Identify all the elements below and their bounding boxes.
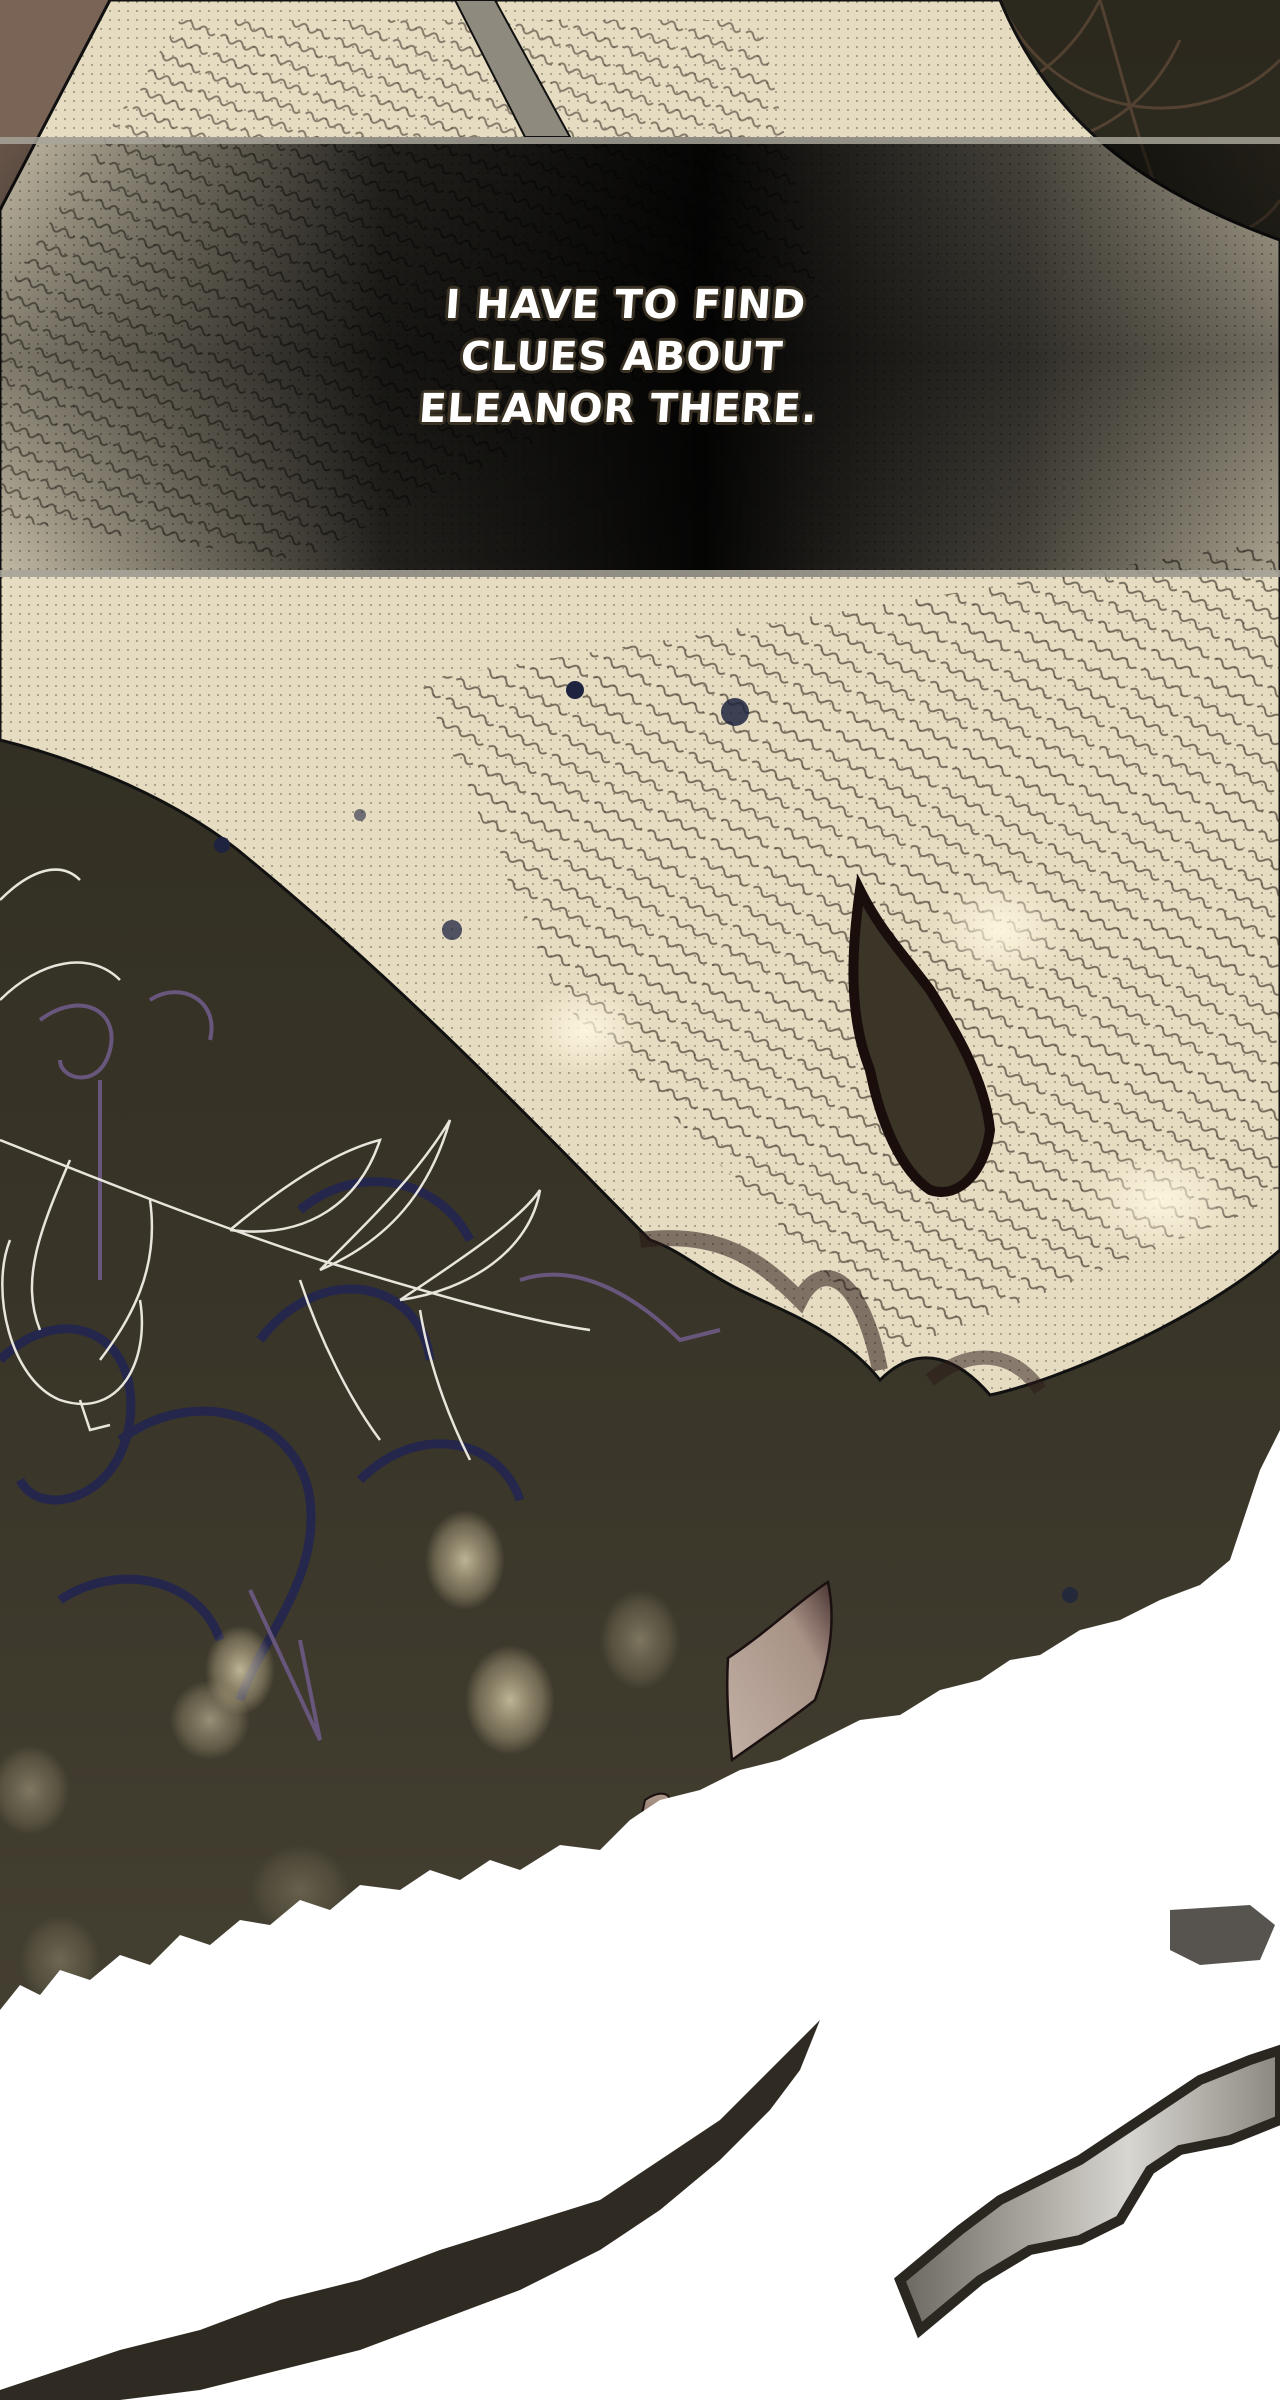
panel-artwork: [0, 0, 1280, 2400]
narration-banner: [0, 137, 1280, 577]
comic-panel: I HAVE TO FIND CLUES ABOUT ELEANOR THERE…: [0, 0, 1280, 2400]
